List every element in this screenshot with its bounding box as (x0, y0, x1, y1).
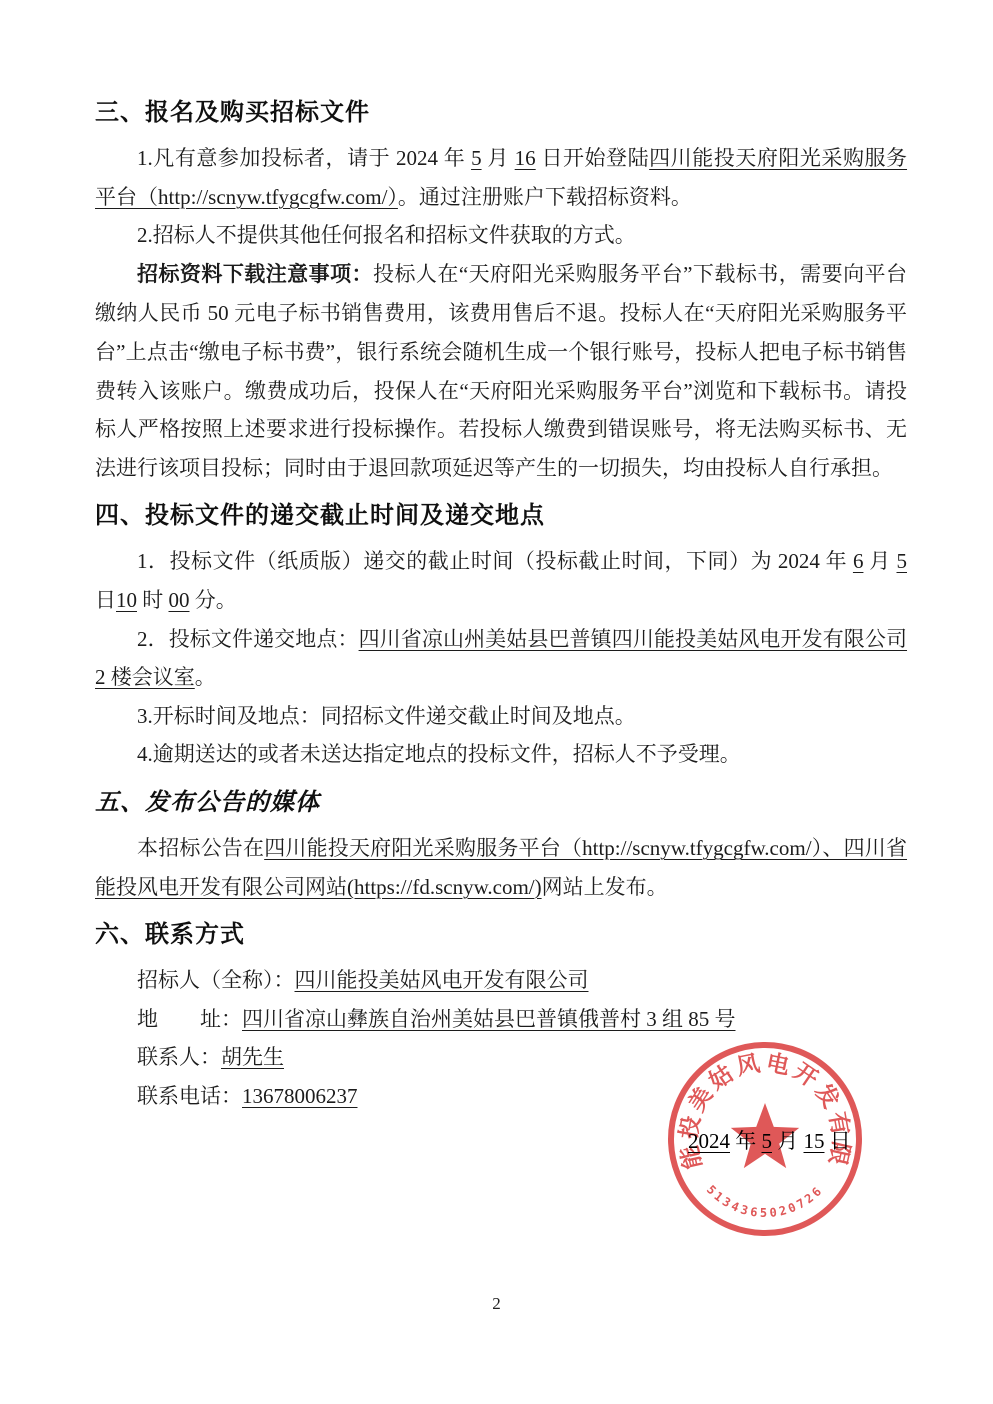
underlined-text: 6 (853, 549, 864, 573)
underlined-text: 5 (471, 146, 482, 170)
text-run: 月 (772, 1129, 804, 1153)
text-run: 投标人在“天府阳光采购服务平台”下载标书，需要向平台缴纳人民币 50 元电子标书… (95, 262, 907, 480)
document-body: 三、报名及购买招标文件1.凡有意参加投标者，请于 2024 年 5 月 16 日… (95, 96, 907, 1115)
text-run: 地 址： (137, 1007, 242, 1031)
text-run: 联系电话： (137, 1084, 242, 1108)
section-3: 三、报名及购买招标文件1.凡有意参加投标者，请于 2024 年 5 月 16 日… (95, 96, 907, 487)
text-run: 。 (195, 665, 216, 689)
text-run: 2.招标人不提供其他任何报名和招标文件获取的方式。 (137, 223, 636, 247)
section-5: 五、发布公告的媒体本招标公告在四川能投天府阳光采购服务平台（http://scn… (95, 786, 907, 906)
paragraph: 1.凡有意参加投标者，请于 2024 年 5 月 16 日开始登陆四川能投天府阳… (95, 139, 907, 216)
text-run: 2．投标文件递交地点： (137, 627, 359, 651)
section-heading: 五、发布公告的媒体 (95, 786, 907, 819)
underlined-text: 16 (515, 146, 536, 170)
issue-date: 2024 年 5 月 15 日 (688, 1126, 851, 1156)
underlined-text: 00 (169, 588, 190, 612)
text-run: 4.逾期送达的或者未送达指定地点的投标文件，招标人不予受理。 (137, 742, 741, 766)
paragraph: 本招标公告在四川能投天府阳光采购服务平台（http://scnyw.tfygcg… (95, 829, 907, 906)
text-run: 月 (482, 146, 515, 170)
paragraph: 2.招标人不提供其他任何报名和招标文件获取的方式。 (95, 216, 907, 255)
underlined-text: 2024 (688, 1129, 730, 1153)
text-run: 联系人： (137, 1045, 221, 1069)
section-heading: 六、联系方式 (95, 918, 907, 951)
paragraph: 1．投标文件（纸质版）递交的截止时间（投标截止时间，下同）为 2024 年 6 … (95, 542, 907, 619)
underlined-text: 5 (762, 1129, 773, 1153)
seal-serial-text: 5134365020726 (704, 1183, 826, 1221)
section-heading: 三、报名及购买招标文件 (95, 96, 907, 129)
text-run: 年 (730, 1129, 762, 1153)
text-run: 本招标公告在 (137, 836, 264, 860)
paragraph: 4.逾期送达的或者未送达指定地点的投标文件，招标人不予受理。 (95, 735, 907, 774)
text-run: 日 (95, 588, 116, 612)
text-run: 。通过注册账户下载招标资料。 (398, 185, 692, 209)
text-run: 月 (863, 549, 896, 573)
underlined-text: 胡先生 (221, 1045, 284, 1069)
text-run: 1.凡有意参加投标者，请于 2024 年 (137, 146, 471, 170)
section-heading: 四、投标文件的递交截止时间及递交地点 (95, 499, 907, 532)
paragraph: 2．投标文件递交地点：四川省凉山州美姑县巴普镇四川能投美姑风电开发有限公司 2 … (95, 620, 907, 697)
underlined-text: 四川能投美姑风电开发有限公司 (295, 968, 589, 992)
page-number: 2 (0, 1294, 993, 1314)
text-run: 分。 (190, 588, 237, 612)
underlined-text: 13678006237 (242, 1084, 358, 1108)
document-page: 三、报名及购买招标文件1.凡有意参加投标者，请于 2024 年 5 月 16 日… (0, 0, 993, 1404)
paragraph: 3.开标时间及地点：同招标文件递交截止时间及地点。 (95, 697, 907, 736)
text-run: 日 (825, 1129, 851, 1153)
text-run: 时 (137, 588, 169, 612)
text-run: 1．投标文件（纸质版）递交的截止时间（投标截止时间，下同）为 2024 年 (137, 549, 853, 573)
text-run: 3.开标时间及地点：同招标文件递交截止时间及地点。 (137, 704, 636, 728)
paragraph: 招标人（全称）：四川能投美姑风电开发有限公司 (95, 961, 907, 1000)
underlined-text: 10 (116, 588, 137, 612)
underlined-text: 5 (897, 549, 908, 573)
bold-text: 招标资料下载注意事项： (137, 263, 373, 286)
text-run: 网站上发布。 (542, 875, 668, 899)
text-run: 招标人（全称）： (137, 968, 295, 992)
underlined-text: 15 (804, 1129, 825, 1153)
paragraph: 招标资料下载注意事项：投标人在“天府阳光采购服务平台”下载标书，需要向平台缴纳人… (95, 255, 907, 488)
svg-text:5134365020726: 5134365020726 (704, 1183, 826, 1221)
text-run: 日开始登陆 (536, 146, 649, 170)
section-4: 四、投标文件的递交截止时间及递交地点1．投标文件（纸质版）递交的截止时间（投标截… (95, 499, 907, 774)
